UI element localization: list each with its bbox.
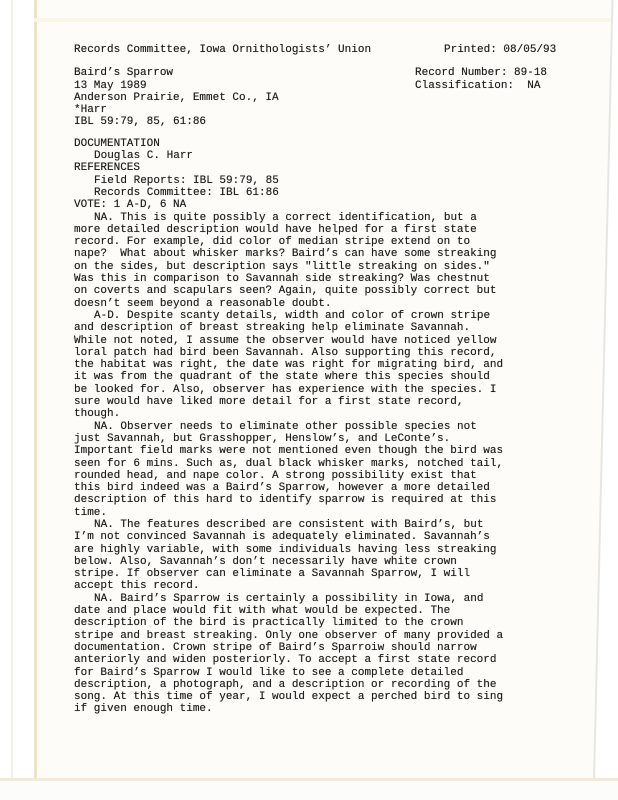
observer-name: *Harr xyxy=(74,104,554,116)
vote-comment-paragraph: NA. This is quite possibly a correct ide… xyxy=(74,212,554,310)
vote-comment-paragraph: NA. The features described are consisten… xyxy=(74,519,554,593)
record-summary: Baird’s Sparrow 13 May 1989 Anderson Pra… xyxy=(74,67,554,128)
field-reports-reference: Field Reports: IBL 59:79, 85 xyxy=(74,175,554,187)
documentation-heading: DOCUMENTATION xyxy=(74,138,554,150)
vote-summary: VOTE: 1 A-D, 6 NA xyxy=(74,199,554,211)
document-header: Records Committee, Iowa Ornithologists’ … xyxy=(74,44,554,56)
classification: Classification: NA xyxy=(415,80,547,92)
document-sections: DOCUMENTATION Douglas C. Harr REFERENCES… xyxy=(74,138,554,212)
vote-comment-paragraph: A-D. Despite scanty details, width and c… xyxy=(74,310,554,421)
record-number: Record Number: 89-18 xyxy=(415,67,547,79)
document-content: Records Committee, Iowa Ornithologists’ … xyxy=(74,44,554,716)
documentation-author: Douglas C. Harr xyxy=(74,150,554,162)
printed-date: Printed: 08/05/93 xyxy=(444,44,556,56)
scan-right-margin xyxy=(594,0,618,800)
scan-left-fold-line xyxy=(34,0,37,800)
vote-comment-paragraph: NA. Observer needs to eliminate other po… xyxy=(74,421,554,519)
observation-location: Anderson Prairie, Emmet Co., IA xyxy=(74,92,554,104)
records-committee-reference: Records Committee: IBL 61:86 xyxy=(74,187,554,199)
vote-comments: NA. This is quite possibly a correct ide… xyxy=(74,212,554,716)
scan-left-margin xyxy=(0,0,34,800)
scanned-document-page: Records Committee, Iowa Ornithologists’ … xyxy=(0,0,618,800)
ibl-reference: IBL 59:79, 85, 61:86 xyxy=(74,116,554,128)
vote-comment-paragraph: NA. Baird’s Sparrow is certainly a possi… xyxy=(74,593,554,716)
record-id-block: Record Number: 89-18 Classification: NA xyxy=(415,67,547,92)
scan-bottom-margin xyxy=(0,781,618,800)
scan-top-fold-line xyxy=(34,18,618,22)
references-heading: REFERENCES xyxy=(74,162,554,174)
scan-left-crease-line xyxy=(11,0,13,800)
